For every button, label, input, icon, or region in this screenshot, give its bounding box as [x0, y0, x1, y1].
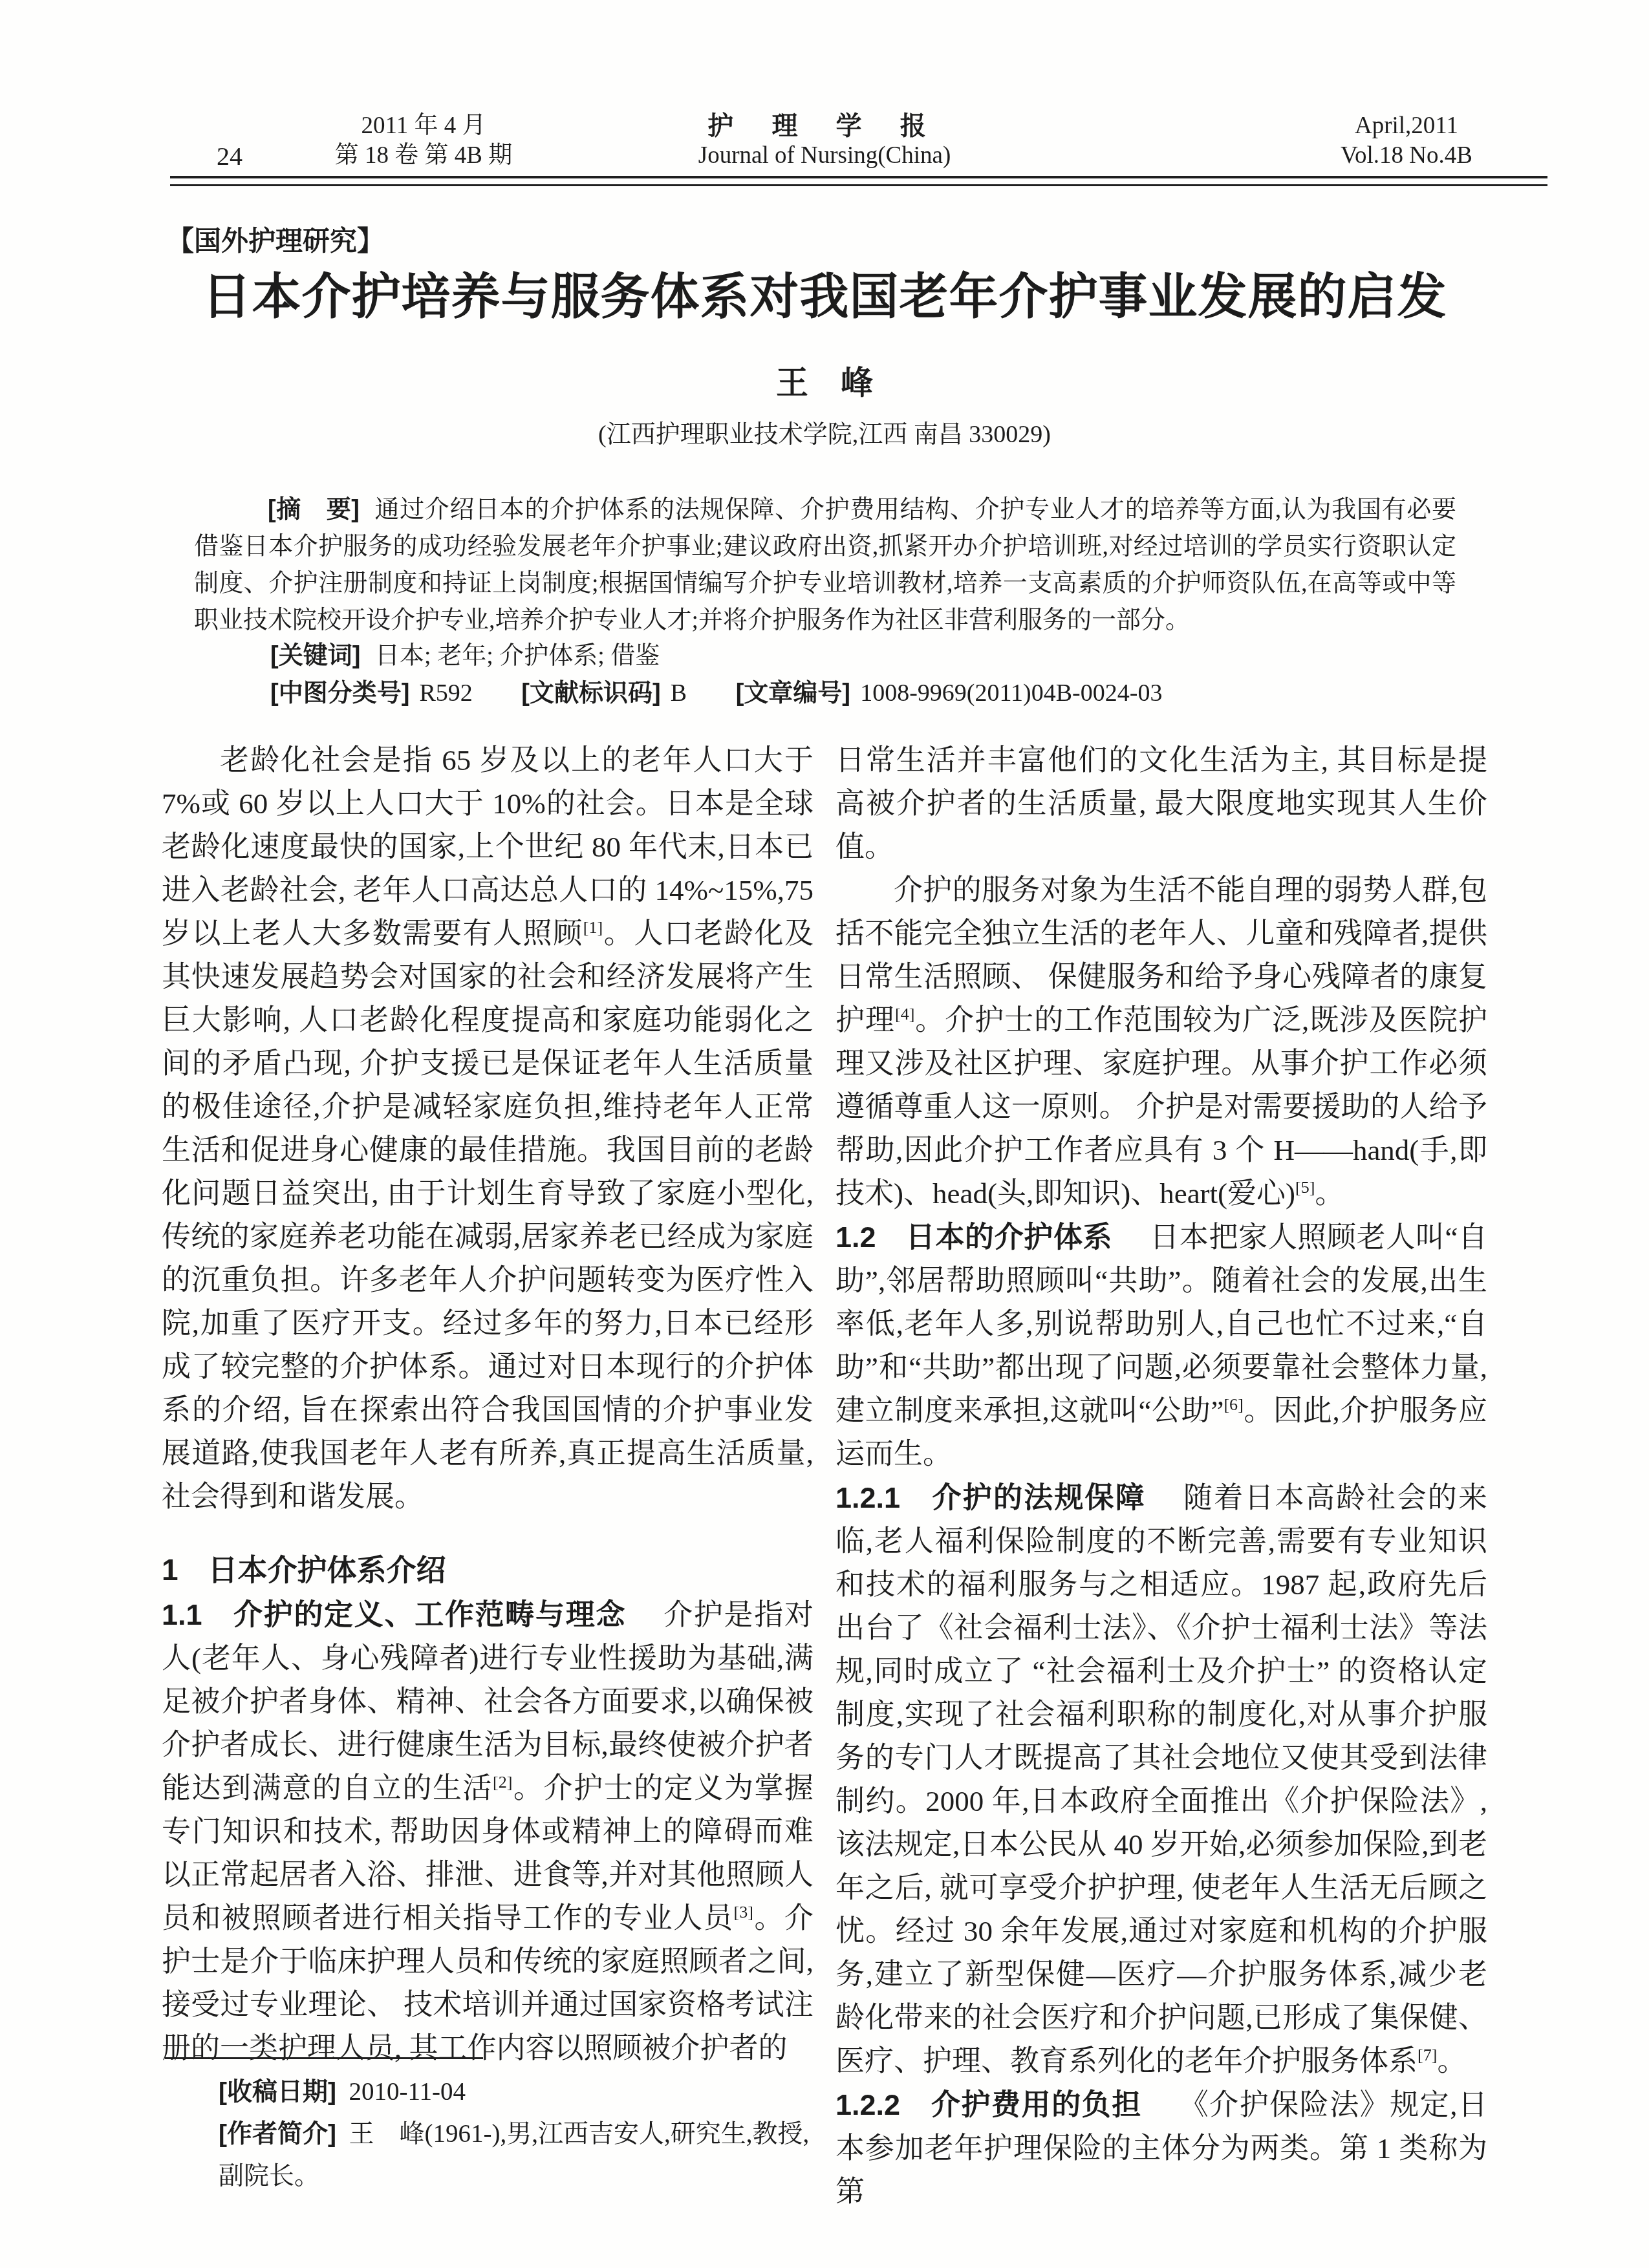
header-issue-en: April,2011 Vol.18 No.4B — [1258, 111, 1555, 171]
paragraph: 日常生活并丰富他们的文化生活为主, 其目标是提高被介护者的生活质量, 最大限度地… — [835, 739, 1487, 869]
article-title: 日本介护培养与服务体系对我国老年介护事业发展的启发 — [0, 257, 1649, 328]
author-bio-label: [作者简介] — [219, 2120, 336, 2148]
author-name: 王 峰 — [0, 357, 1649, 403]
document-code-value: B — [671, 679, 687, 707]
paragraph: 介护的服务对象为生活不能自理的弱势人群,包括不能完全独立生活的老年人、儿童和残障… — [835, 869, 1487, 1215]
subsection-label: 1.2 日本的介护体系 — [835, 1221, 1112, 1254]
clc-number: [中图分类号]R592 — [270, 679, 473, 707]
keywords-label: [关键词] — [270, 642, 360, 669]
reference-marker: [6] — [1223, 1395, 1243, 1414]
reference-marker: [5] — [1295, 1178, 1315, 1197]
abstract: [摘 要]通过介绍日本的介护体系的法规保障、介护费用结构、介护专业人才的培养等方… — [194, 491, 1456, 639]
reference-marker: [1] — [583, 918, 603, 937]
header-issue-cn: 2011 年 4 月 第 18 卷 第 4B 期 — [249, 111, 598, 171]
author-affiliation: (江西护理职业技术学院,江西 南昌 330029) — [0, 414, 1649, 449]
clc-value: R592 — [420, 679, 473, 707]
subsection-label: 1.2.1 介护的法规保障 — [835, 1481, 1146, 1514]
received-date-line: [收稿日期]2010-11-04 — [219, 2071, 815, 2113]
article-id-value: 1008-9969(2011)04B-0024-03 — [860, 679, 1162, 707]
received-date-label: [收稿日期] — [219, 2078, 336, 2106]
left-column: 老龄化社会是指 65 岁及以上的老年人口大于7%或 60 岁以上人口大于 10%… — [162, 739, 814, 2070]
paragraph: 老龄化社会是指 65 岁及以上的老年人口大于7%或 60 岁以上人口大于 10%… — [162, 739, 814, 1519]
page-number: 24 — [217, 141, 242, 171]
reference-marker: [4] — [895, 1005, 914, 1023]
journal-title-cn: 护 理 学 报 — [637, 111, 1012, 141]
author-bio-line: [作者简介]王 峰(1961-),男,江西吉安人,研究生,教授,副院长。 — [219, 2113, 815, 2197]
reference-marker: [2] — [493, 1773, 512, 1792]
header-volume-cn: 第 18 卷 第 4B 期 — [249, 141, 598, 171]
paragraph: 1.2 日本的介护体系日本把家人照顾老人叫“自助”,邻居帮助照顾叫“共助”。随着… — [835, 1215, 1487, 1476]
paragraph: 1.2.1 介护的法规保障随着日本高龄社会的来临,老人福利保险制度的不断完善,需… — [835, 1476, 1487, 2083]
document-code-label: [文献标识码] — [521, 679, 660, 707]
journal-title-en: Journal of Nursing(China) — [637, 141, 1012, 171]
classification-line: [中图分类号]R592 [文献标识码]B [文章编号]1008-9969(201… — [270, 672, 1205, 708]
journal-page: 24 2011 年 4 月 第 18 卷 第 4B 期 护 理 学 报 Jour… — [0, 0, 1649, 2268]
reference-marker: [3] — [733, 1903, 753, 1921]
reference-marker: [7] — [1417, 2046, 1437, 2064]
footnote: [收稿日期]2010-11-04 [作者简介]王 峰(1961-),男,江西吉安… — [162, 2071, 815, 2197]
received-date-value: 2010-11-04 — [349, 2078, 466, 2106]
header-journal: 护 理 学 报 Journal of Nursing(China) — [637, 111, 1012, 171]
header-date-en: April,2011 — [1258, 111, 1555, 141]
keywords: [关键词]日本; 老年; 介护体系; 借鉴 — [270, 635, 660, 670]
document-code: [文献标识码]B — [521, 679, 687, 707]
header-date-cn: 2011 年 4 月 — [249, 111, 598, 141]
header-volume-en: Vol.18 No.4B — [1258, 141, 1555, 171]
right-column: 日常生活并丰富他们的文化生活为主, 其目标是提高被介护者的生活质量, 最大限度地… — [835, 739, 1487, 2214]
subsection-label: 1.2.2 介护费用的负担 — [835, 2088, 1142, 2121]
column-category-label: 【国外护理研究】 — [167, 220, 384, 259]
paragraph: 1.2.2 介护费用的负担《介护保险法》规定,日本参加老年护理保险的主体分为两类… — [835, 2083, 1487, 2214]
article-id-label: [文章编号] — [736, 679, 850, 707]
paragraph: 1.1 介护的定义、工作范畴与理念介护是指对人(老年人、身心残障者)进行专业性援… — [162, 1593, 814, 2070]
abstract-label: [摘 要] — [268, 496, 360, 523]
section-heading: 1 日本介护体系介绍 — [162, 1548, 814, 1592]
subsection-label: 1.1 介护的定义、工作范畴与理念 — [162, 1598, 626, 1631]
keywords-text: 日本; 老年; 介护体系; 借鉴 — [375, 642, 660, 669]
footnote-rule — [165, 2057, 483, 2059]
article-id: [文章编号]1008-9969(2011)04B-0024-03 — [736, 679, 1163, 707]
clc-label: [中图分类号] — [270, 679, 409, 707]
abstract-text: 通过介绍日本的介护体系的法规保障、介护费用结构、介护专业人才的培养等方面,认为我… — [194, 496, 1456, 634]
header-rule — [170, 176, 1547, 186]
